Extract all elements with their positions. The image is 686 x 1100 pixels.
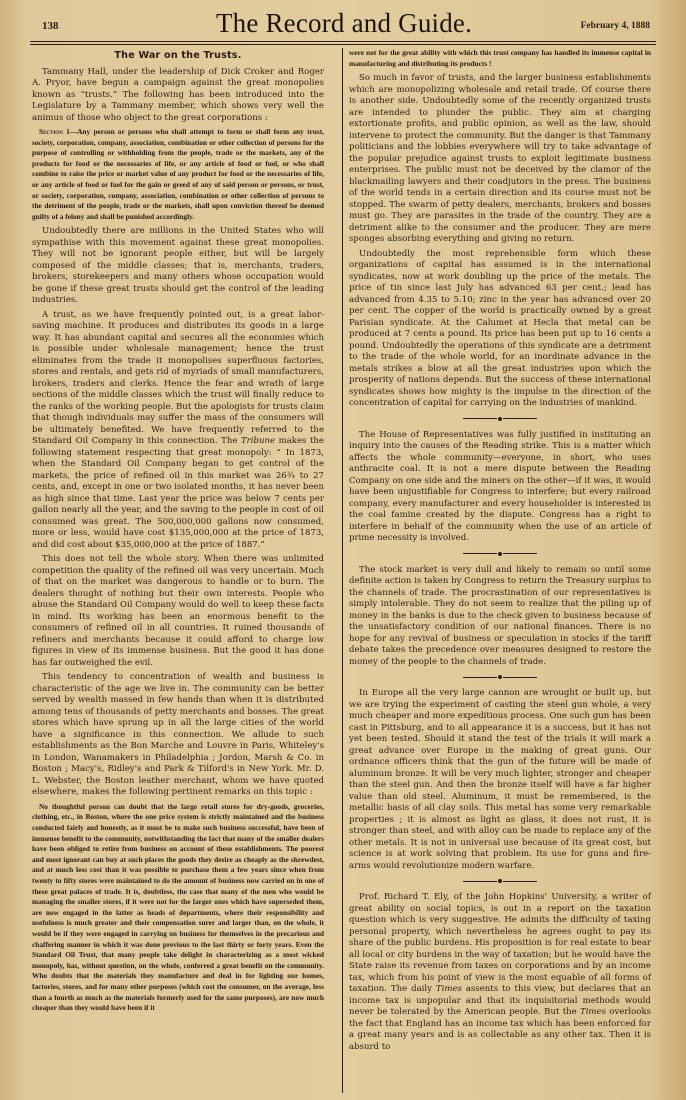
- article-paragraph: Tammany Hall, under the leadership of Di…: [32, 67, 324, 125]
- article-paragraph: Undoubtedly there are millions in the Un…: [32, 226, 324, 307]
- newspaper-title: The Record and Guide.: [38, 8, 650, 39]
- masthead-rule-top: [30, 41, 656, 42]
- stock-market-paragraph: The stock market is very dull and likely…: [349, 565, 651, 669]
- paragraph-text: makes the following statement respecting…: [32, 436, 324, 550]
- section-separator: [349, 879, 651, 883]
- section-label: Section 1: [39, 127, 70, 136]
- section-separator: [349, 675, 651, 679]
- masthead: 138 The Record and Guide. February 4, 18…: [38, 8, 650, 38]
- column-divider: [342, 48, 343, 1093]
- masthead-rule-bottom: [30, 44, 656, 45]
- article-paragraph: Undoubtedly the most reprehensible form …: [349, 249, 651, 410]
- reading-strike-paragraph: The House of Representatives was fully j…: [349, 430, 651, 545]
- section-separator: [349, 417, 651, 421]
- right-column: were not for the great ability with whic…: [349, 48, 651, 1056]
- section-text: —Any person or persons who shall attempt…: [32, 127, 324, 221]
- cannon-paragraph: In Europe all the very large cannon are …: [349, 688, 651, 872]
- article-paragraph: This tendency to concentration of wealth…: [32, 672, 324, 799]
- tribune-title: Tribune: [241, 436, 275, 446]
- times-title: Times: [436, 984, 462, 994]
- ely-paragraph: Prof. Richard T. Ely, of the John Hopkin…: [349, 892, 651, 1053]
- webster-quote-continuation: were not for the great ability with whic…: [349, 48, 651, 69]
- article-paragraph: So much in favor of trusts, and the larg…: [349, 73, 651, 246]
- article-paragraph: This does not tell the whole story. When…: [32, 554, 324, 669]
- legislation-quote: Section 1—Any person or persons who shal…: [32, 127, 324, 222]
- left-column: The War on the Trusts. Tammany Hall, und…: [32, 48, 324, 1018]
- webster-quote: No thoughtful person can doubt that the …: [32, 802, 324, 1014]
- paragraph-text: Prof. Richard T. Ely, of the John Hopkin…: [349, 892, 651, 994]
- section-separator: [349, 552, 651, 556]
- times-title: Times: [580, 1007, 606, 1017]
- article-paragraph: A trust, as we have frequently pointed o…: [32, 310, 324, 552]
- paragraph-text: A trust, as we have frequently pointed o…: [32, 310, 324, 447]
- issue-date: February 4, 1888: [581, 21, 650, 31]
- article-headline: The War on the Trusts.: [32, 50, 324, 62]
